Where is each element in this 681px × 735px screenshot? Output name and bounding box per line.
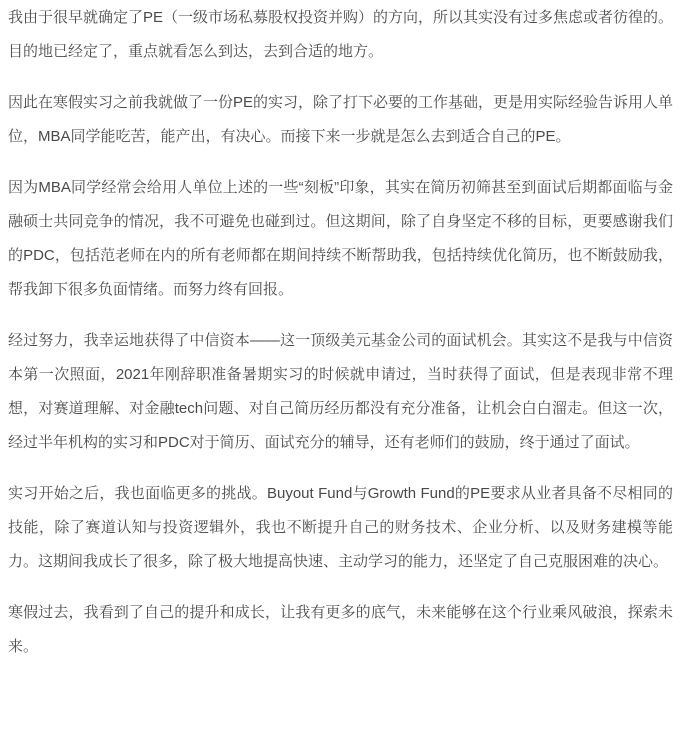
paragraph-1: 我由于很早就确定了PE（一级市场私募股权投资并购）的方向，所以其实没有过多焦虑或…: [8, 1, 673, 69]
paragraph-4: 经过努力，我幸运地获得了中信资本——这一顶级美元基金公司的面试机会。其实这不是我…: [8, 324, 673, 460]
paragraph-2: 因此在寒假实习之前我就做了一份PE的实习，除了打下必要的工作基础，更是用实际经验…: [8, 86, 673, 154]
paragraph-6: 寒假过去，我看到了自己的提升和成长，让我有更多的底气，未来能够在这个行业乘风破浪…: [8, 596, 673, 664]
paragraph-5: 实习开始之后，我也面临更多的挑战。Buyout Fund与Growth Fund…: [8, 477, 673, 579]
paragraph-3: 因为MBA同学经常会给用人单位上述的一些“刻板”印象，其实在简历初筛甚至到面试后…: [8, 171, 673, 307]
document-page: 我由于很早就确定了PE（一级市场私募股权投资并购）的方向，所以其实没有过多焦虑或…: [0, 0, 681, 735]
